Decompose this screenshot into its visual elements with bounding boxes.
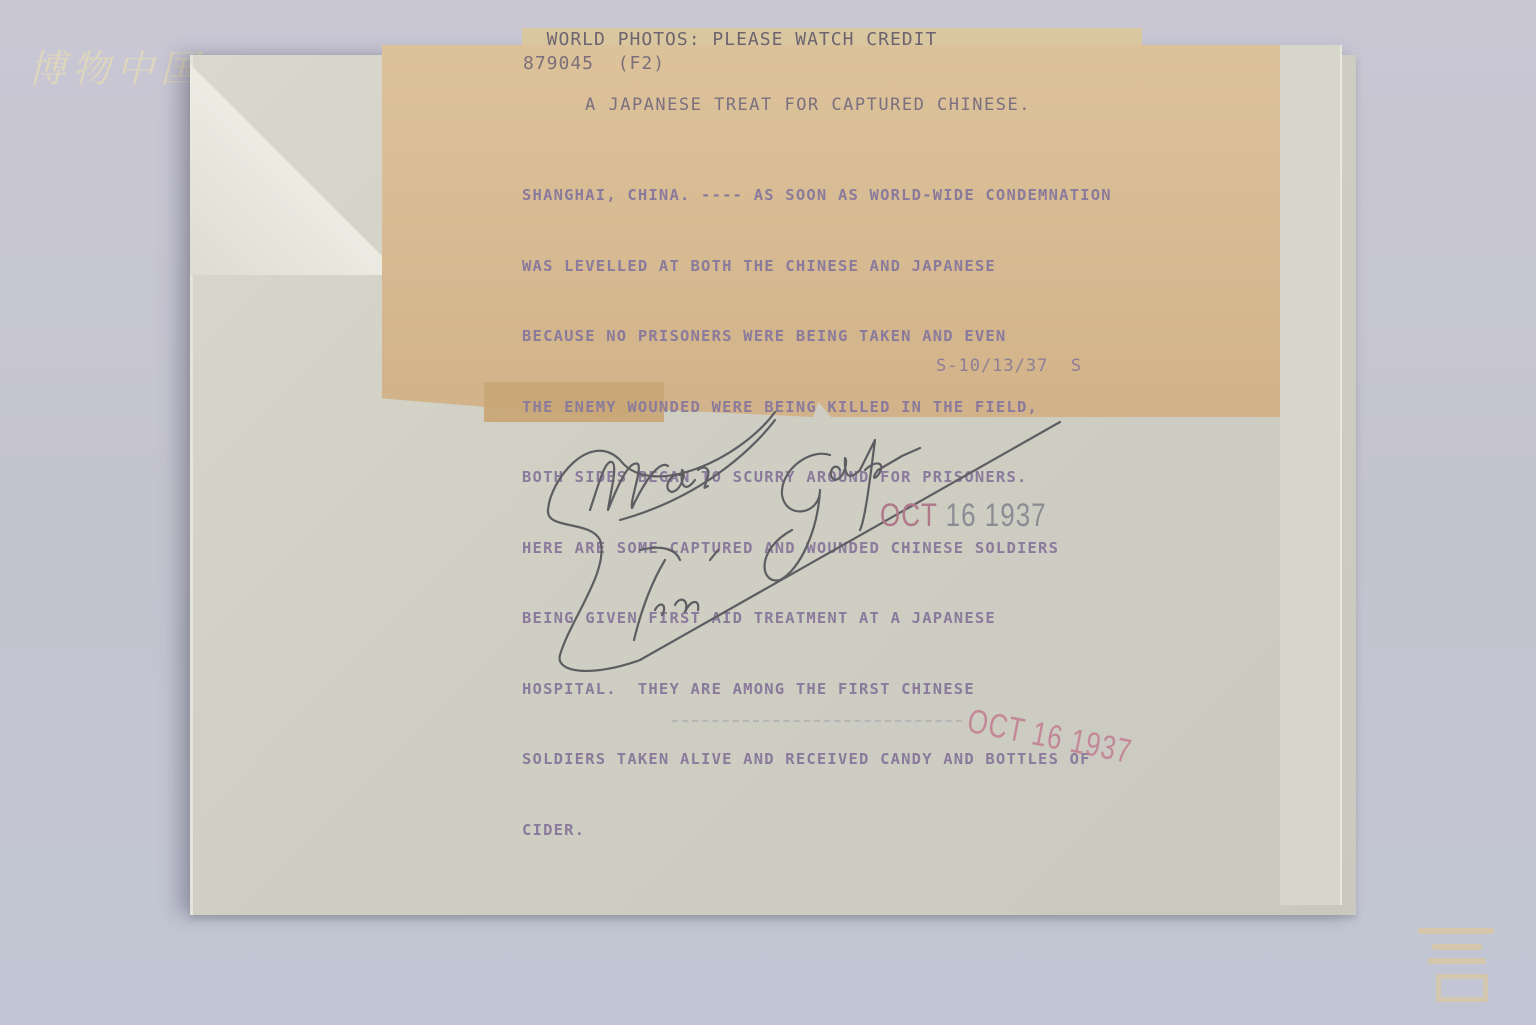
- caption-dateline: S-10/13/37 S: [936, 355, 1082, 379]
- stamp-month: OCT: [880, 496, 946, 534]
- caption-line: WAS LEVELLED AT BOTH THE CHINESE AND JAP…: [522, 255, 1112, 279]
- caption-line: SHANGHAI, CHINA. ---- AS SOON AS WORLD-W…: [522, 184, 1112, 208]
- credit-line: WORLD PHOTOS: PLEASE WATCH CREDIT: [523, 28, 937, 52]
- caption-line: CIDER.: [522, 819, 1112, 843]
- mount-edge-strip: [1280, 45, 1342, 905]
- faint-dashed-line: [672, 720, 962, 722]
- stamp-year: 1937: [977, 496, 1047, 534]
- photo-code: 879045 (F2): [523, 52, 665, 76]
- corner-logo-icon: [1418, 922, 1498, 1002]
- caption-headline: A JAPANESE TREAT FOR CAPTURED CHINESE.: [585, 94, 1031, 118]
- caption-line: BECAUSE NO PRISONERS WERE BEING TAKEN AN…: [522, 325, 1112, 349]
- stamp-day: 16: [946, 496, 977, 534]
- handwriting-sino-japan: Sino-Japan: [680, 599, 686, 601]
- watermark-logo-text: 博物中国: [28, 38, 204, 93]
- received-date-stamp: OCT 16 1937: [880, 496, 1047, 535]
- pencil-annotation: War Sino-Japan: [530, 400, 1120, 700]
